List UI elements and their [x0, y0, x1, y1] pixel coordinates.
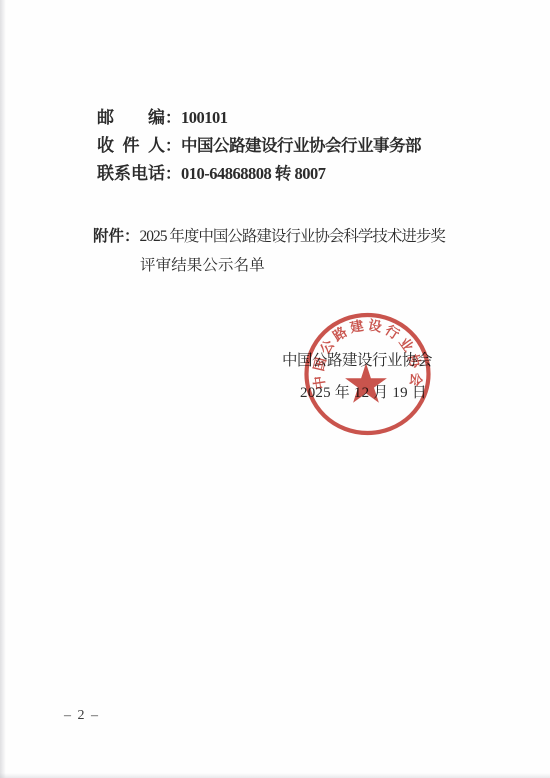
recipient-value: 中国公路建设行业协会行业事务部 — [181, 136, 421, 155]
postal-code-row: 邮编：100101 — [97, 108, 228, 129]
phone-label: 联系电话 — [97, 164, 165, 184]
attachment-colon: ： — [124, 228, 140, 245]
scanned-letter-page: 邮编：100101 收件人：中国公路建设行业协会行业事务部 联系电话：010-6… — [0, 0, 550, 778]
page-number: – 2 – — [64, 706, 100, 726]
attachment-line-2: 评审结果公示名单 — [140, 256, 265, 276]
recipient-colon: ： — [165, 138, 181, 155]
postal-code-colon: ： — [165, 110, 181, 127]
attachment-text-line2: 评审结果公示名单 — [140, 257, 265, 274]
recipient-label: 收件人 — [97, 136, 165, 156]
official-seal: 中国公路建设行业协会 — [302, 311, 433, 437]
phone-value: 010-64868808 转 8007 — [181, 164, 326, 183]
attachment-line-1: 附件：2025 年度中国公路建设行业协会科学技术进步奖 — [93, 227, 445, 247]
postal-code-value: 100101 — [181, 108, 228, 127]
attachment-label: 附件 — [93, 228, 124, 245]
attachment-text-line1: 2025 年度中国公路建设行业协会科学技术进步奖 — [140, 228, 445, 245]
phone-row: 联系电话：010-64868808 转 8007 — [97, 164, 326, 185]
phone-colon: ： — [165, 166, 181, 183]
seal-star-icon — [345, 363, 387, 403]
recipient-row: 收件人：中国公路建设行业协会行业事务部 — [97, 136, 421, 157]
scan-edge-shadow-bottom — [0, 773, 550, 778]
scan-edge-shadow-left — [0, 0, 6, 778]
postal-code-label: 邮编 — [97, 108, 165, 128]
